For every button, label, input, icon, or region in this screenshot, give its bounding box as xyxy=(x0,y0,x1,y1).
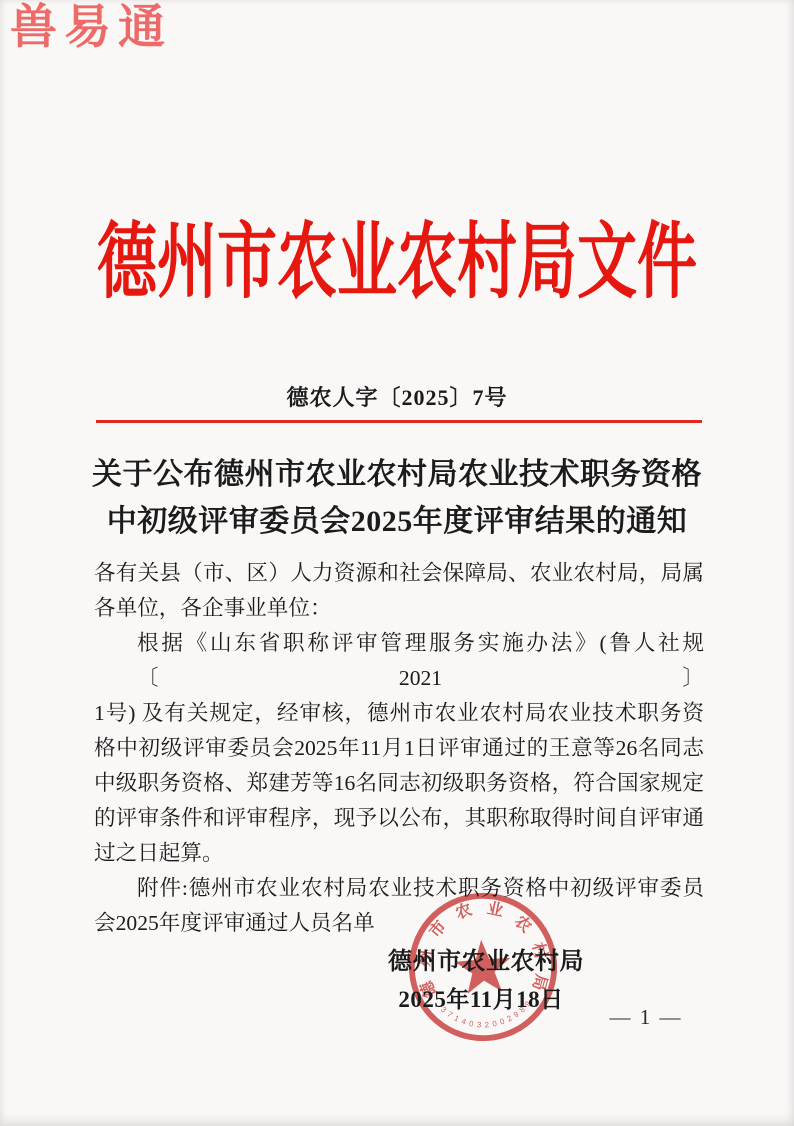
body-line: 中级职务资格、郑建芳等16名同志初级职务资格，符合国家规定 xyxy=(94,766,704,801)
scanned-official-document: 兽易通 德州市农业农村局文件 德农人字〔2025〕7号 关于公布德州市农业农村局… xyxy=(0,0,794,1126)
body-text: 各有关县（市、区）人力资源和社会保障局、农业农村局，局属各单位，各企事业单位：根… xyxy=(94,556,704,941)
site-watermark: 兽易通 xyxy=(10,0,172,56)
notice-title-line1: 关于公布德州市农业农村局农业技术职务资格 xyxy=(0,451,794,498)
body-line: 各单位，各企事业单位： xyxy=(94,591,704,626)
notice-title: 关于公布德州市农业农村局农业技术职务资格 中初级评审委员会2025年度评审结果的… xyxy=(0,451,794,545)
signature-date: 2025年11月18日 xyxy=(321,981,641,1014)
notice-title-line2: 中初级评审委员会2025年度评审结果的通知 xyxy=(0,498,794,545)
document-number: 德农人字〔2025〕7号 xyxy=(0,381,794,412)
red-separator-rule xyxy=(96,420,702,423)
body-line: 根据《山东省职称评审管理服务实施办法》(鲁人社规〔2021〕 xyxy=(94,626,704,696)
document-header-title: 德州市农业农村局文件 xyxy=(0,221,794,304)
body-line: 各有关县（市、区）人力资源和社会保障局、农业农村局，局属 xyxy=(94,556,704,591)
body-line: 格中初级评审委员会2025年11月1日评审通过的王意等26名同志 xyxy=(94,731,704,766)
body-line: 的评审条件和评审程序，现予以公布，其职称取得时间自评审通 xyxy=(94,801,704,836)
body-line: 1号) 及有关规定，经审核，德州市农业农村局农业技术职务资 xyxy=(94,696,704,731)
body-line: 过之日起算。 xyxy=(94,836,704,871)
signature-organization: 德州市农业农村局 xyxy=(326,941,646,976)
body-line: 附件:德州市农业农村局农业技术职务资格中初级评审委员 xyxy=(94,871,704,906)
body-line: 会2025年度评审通过人员名单 xyxy=(94,906,704,941)
